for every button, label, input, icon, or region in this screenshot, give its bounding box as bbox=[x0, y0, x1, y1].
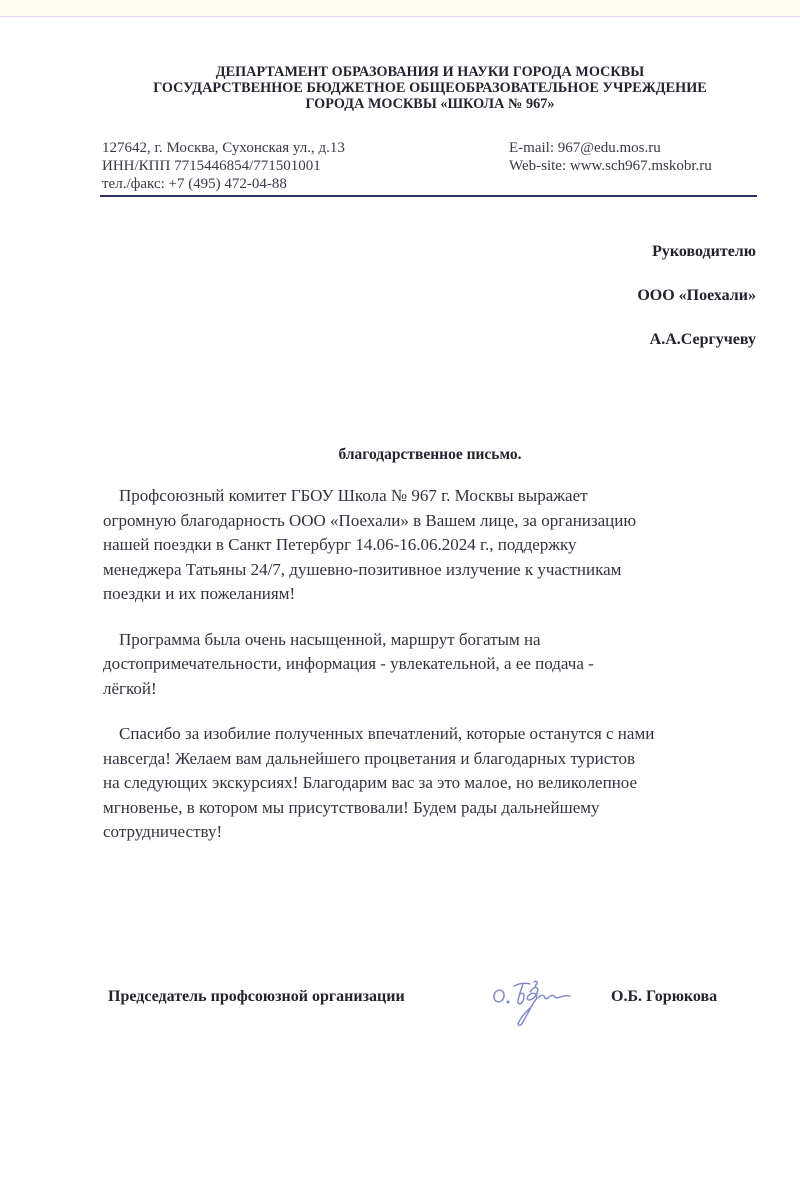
text-line: навсегда! Желаем вам дальнейшего процвет… bbox=[103, 747, 783, 772]
addressee-position: Руководителю bbox=[637, 241, 756, 263]
text-line: достопримечательности, информация - увле… bbox=[103, 652, 783, 677]
text-line: нашей поездки в Санкт Петербург 14.06-16… bbox=[103, 533, 783, 558]
handwritten-signature-icon bbox=[490, 978, 600, 1038]
letter-title: благодарственное письмо. bbox=[0, 446, 800, 464]
paragraph-1: Профсоюзный комитет ГБОУ Школа № 967 г. … bbox=[103, 484, 783, 607]
text-line: лёгкой! bbox=[103, 677, 783, 702]
paragraph-2: Программа была очень насыщенной, маршрут… bbox=[103, 628, 783, 702]
text-line: менеджера Татьяны 24/7, душевно-позитивн… bbox=[103, 558, 783, 583]
contacts-right: E-mail: 967@edu.mos.ru Web-site: www.sch… bbox=[509, 139, 712, 175]
text-line: мгновенье, в котором мы присутствовали! … bbox=[103, 796, 783, 821]
signature-row: Председатель профсоюзной организации О.Б… bbox=[108, 988, 758, 1018]
inn-kpp: ИНН/КПП 7715446854/771501001 bbox=[102, 157, 345, 175]
letterhead-title: ДЕПАРТАМЕНТ ОБРАЗОВАНИЯ И НАУКИ ГОРОДА М… bbox=[100, 64, 760, 112]
contacts-left: 127642, г. Москва, Сухонская ул., д.13 И… bbox=[102, 139, 345, 193]
text-line: Программа была очень насыщенной, маршрут… bbox=[103, 628, 783, 653]
text-line: огромную благодарность ООО «Поехали» в В… bbox=[103, 509, 783, 534]
text-line: Спасибо за изобилие полученных впечатлен… bbox=[103, 722, 783, 747]
address: 127642, г. Москва, Сухонская ул., д.13 bbox=[102, 139, 345, 157]
signatory-name: О.Б. Горюкова bbox=[611, 988, 717, 1006]
text-line: сотрудничеству! bbox=[103, 820, 783, 845]
text-line: поездки и их пожеланиям! bbox=[103, 582, 783, 607]
phone-fax: тел./факс: +7 (495) 472-04-88 bbox=[102, 175, 345, 193]
letterhead-line-institution: ГОСУДАРСТВЕННОЕ БЮДЖЕТНОЕ ОБЩЕОБРАЗОВАТЕ… bbox=[100, 80, 760, 96]
addressee-name: А.А.Сергучеву bbox=[637, 329, 756, 351]
letterhead-divider bbox=[100, 195, 757, 197]
website: Web-site: www.sch967.mskobr.ru bbox=[509, 157, 712, 175]
letterhead-line-school: ГОРОДА МОСКВЫ «ШКОЛА № 967» bbox=[100, 96, 760, 112]
signatory-title: Председатель профсоюзной организации bbox=[108, 988, 405, 1006]
addressee-company: ООО «Поехали» bbox=[637, 285, 756, 307]
letterhead-line-department: ДЕПАРТАМЕНТ ОБРАЗОВАНИЯ И НАУКИ ГОРОДА М… bbox=[100, 64, 760, 80]
scan-top-edge bbox=[0, 0, 800, 17]
text-line: Профсоюзный комитет ГБОУ Школа № 967 г. … bbox=[103, 484, 783, 509]
letter-body: Профсоюзный комитет ГБОУ Школа № 967 г. … bbox=[103, 484, 783, 866]
text-line: на следующих экскурсиях! Благодарим вас … bbox=[103, 771, 783, 796]
email: E-mail: 967@edu.mos.ru bbox=[509, 139, 712, 157]
addressee-block: Руководителю ООО «Поехали» А.А.Сергучеву bbox=[637, 241, 756, 373]
paragraph-3: Спасибо за изобилие полученных впечатлен… bbox=[103, 722, 783, 845]
